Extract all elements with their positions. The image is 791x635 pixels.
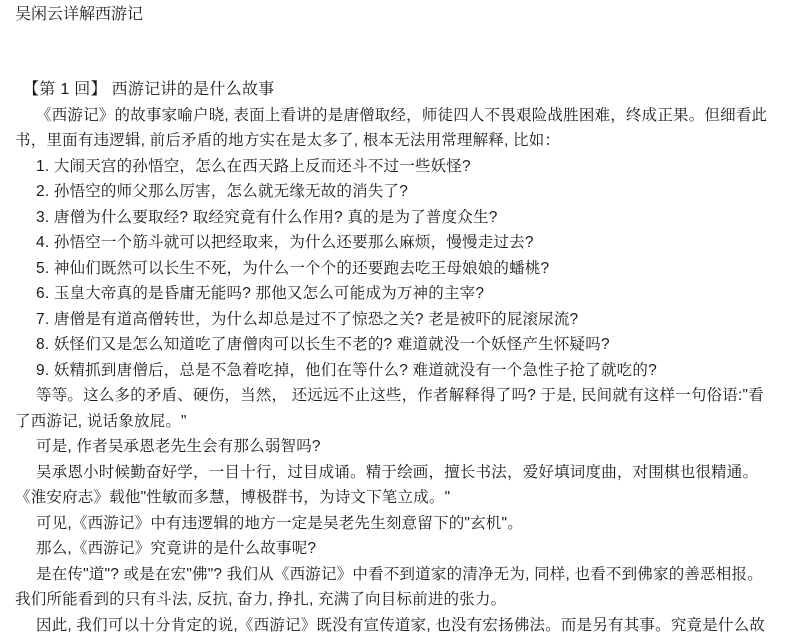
text-line-question-7: 7. 唐僧是有道高僧转世，为什么却总是过不了惊恐之关? 老是被吓的屁滚尿流? bbox=[15, 307, 785, 333]
text-line: 吴承恩小时候勤奋好学，一目十行，过目成诵。精于绘画，擅长书法，爱好填词度曲，对围… bbox=[15, 460, 785, 486]
text-line: 因此, 我们可以十分肯定的说,《西游记》既没有宣传道家, 也没有宏扬佛法。而是另… bbox=[15, 613, 785, 635]
text-line-question-8: 8. 妖怪们又是怎么知道吃了唐僧肉可以长生不老的? 难道就没一个妖怪产生怀疑吗? bbox=[15, 332, 785, 358]
text-line: 了西游记, 说话象放屁。" bbox=[15, 409, 785, 435]
text-line: 可见,《西游记》中有违逻辑的地方一定是吴老先生刻意留下的"玄机"。 bbox=[15, 511, 785, 537]
chapter-heading: 【第 1 回】 西游记讲的是什么故事 bbox=[15, 77, 785, 103]
text-line-question-9: 9. 妖精抓到唐僧后，总是不急着吃掉，他们在等什么? 难道就没有一个急性子抢了就… bbox=[15, 358, 785, 384]
text-line: 《西游记》的故事家喻户晓, 表面上看讲的是唐僧取经，师徒四人不畏艰险战胜困难，终… bbox=[15, 103, 785, 129]
text-line: 等等。这么多的矛盾、硬伤，当然， 还远远不止这些，作者解释得了吗? 于是, 民间… bbox=[15, 383, 785, 409]
text-line-question-4: 4. 孙悟空一个筋斗就可以把经取来，为什么还要那么麻烦，慢慢走过去? bbox=[15, 230, 785, 256]
text-line-question-2: 2. 孙悟空的师父那么厉害，怎么就无缘无故的消失了? bbox=[15, 179, 785, 205]
text-line: 那么,《西游记》究竟讲的是什么故事呢? bbox=[15, 536, 785, 562]
text-line-question-6: 6. 玉皇大帝真的是昏庸无能吗? 那他又怎么可能成为万神的主宰? bbox=[15, 281, 785, 307]
text-line: 我们所能看到的只有斗法, 反抗, 奋力, 挣扎, 充满了向目标前进的张力。 bbox=[15, 587, 785, 613]
text-line-question-1: 1. 大闹天宫的孙悟空，怎么在西天路上反而还斗不过一些妖怪? bbox=[15, 154, 785, 180]
text-line: 是在传"道"? 或是在宏"佛"? 我们从《西游记》中看不到道家的清净无为, 同样… bbox=[15, 562, 785, 588]
text-line: 可是, 作者吴承恩老先生会有那么弱智吗? bbox=[15, 434, 785, 460]
text-line-question-3: 3. 唐僧为什么要取经? 取经究竟有什么作用? 真的是为了普度众生? bbox=[15, 205, 785, 231]
text-line: 书，里面有违逻辑, 前后矛盾的地方实在是太多了, 根本无法用常理解释, 比如： bbox=[15, 128, 785, 154]
document-page: 吴闲云详解西游记 【第 1 回】 西游记讲的是什么故事 《西游记》的故事家喻户晓… bbox=[0, 0, 791, 635]
text-line-question-5: 5. 神仙们既然可以长生不死，为什么一个个的还要跑去吃王母娘娘的蟠桃? bbox=[15, 256, 785, 282]
text-line: 《淮安府志》载他"性敏而多慧，博极群书，为诗文下笔立成。" bbox=[15, 485, 785, 511]
document-title: 吴闲云详解西游记 bbox=[15, 4, 785, 26]
